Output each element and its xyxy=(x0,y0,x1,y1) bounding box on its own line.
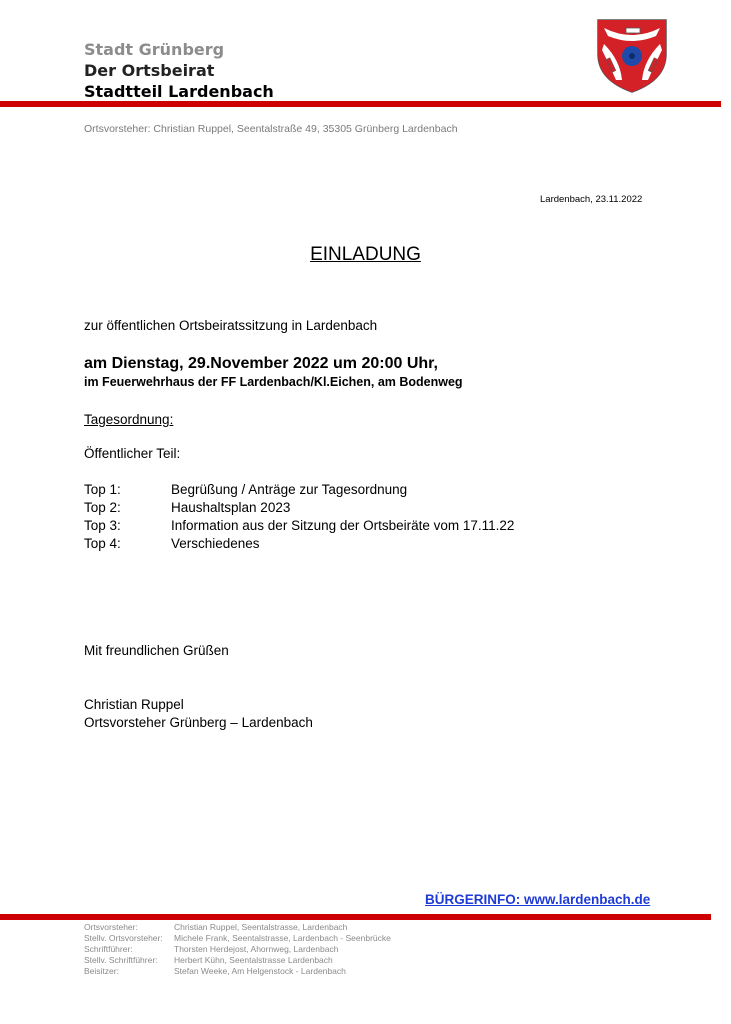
footer-row: Stellv. Ortsvorsteher: Michele Frank, Se… xyxy=(84,933,391,944)
agenda-text: Haushaltsplan 2023 xyxy=(171,499,290,517)
agenda-text: Information aus der Sitzung der Ortsbeir… xyxy=(171,517,514,535)
agenda-text: Verschiedenes xyxy=(171,535,260,553)
agenda-list: Top 1: Begrüßung / Anträge zur Tagesordn… xyxy=(84,481,514,553)
footer-role: Stellv. Ortsvorsteher: xyxy=(84,933,174,944)
agenda-number: Top 3: xyxy=(84,517,171,535)
meeting-date: am Dienstag, 29.November 2022 um 20:00 U… xyxy=(84,355,438,373)
signature-role: Ortsvorsteher Grünberg – Lardenbach xyxy=(84,715,313,730)
agenda-text: Begrüßung / Anträge zur Tagesordnung xyxy=(171,481,407,499)
meeting-location: im Feuerwehrhaus der FF Lardenbach/Kl.Ei… xyxy=(84,375,463,389)
footer-person: Christian Ruppel, Seentalstrasse, Larden… xyxy=(174,922,347,933)
agenda-number: Top 1: xyxy=(84,481,171,499)
public-part-label: Öffentlicher Teil: xyxy=(84,446,180,461)
closing-greeting: Mit freundlichen Grüßen xyxy=(84,643,229,658)
agenda-item: Top 4: Verschiedenes xyxy=(84,535,514,553)
sender-address: Ortsvorsteher: Christian Ruppel, Seental… xyxy=(84,123,458,135)
header-council: Der Ortsbeirat xyxy=(84,61,214,81)
footer-members: Ortsvorsteher: Christian Ruppel, Seental… xyxy=(84,922,391,977)
footer-person: Stefan Weeke, Am Helgenstock - Lardenbac… xyxy=(174,966,346,977)
agenda-item: Top 2: Haushaltsplan 2023 xyxy=(84,499,514,517)
coat-of-arms-icon xyxy=(594,14,670,94)
footer-role: Ortsvorsteher: xyxy=(84,922,174,933)
footer-person: Thorsten Herdejost, Ahornweg, Lardenbach xyxy=(174,944,338,955)
buergerinfo-link[interactable]: BÜRGERINFO: www.lardenbach.de xyxy=(425,892,650,907)
document-title: EINLADUNG xyxy=(0,244,731,266)
footer-person: Herbert Kühn, Seentalstrasse Lardenbach xyxy=(174,955,333,966)
intro-text: zur öffentlichen Ortsbeiratssitzung in L… xyxy=(84,318,377,333)
footer-person: Michele Frank, Seentalstrasse, Lardenbac… xyxy=(174,933,391,944)
agenda-item: Top 3: Information aus der Sitzung der O… xyxy=(84,517,514,535)
header-city: Stadt Grünberg xyxy=(84,40,224,60)
header-divider xyxy=(0,101,721,107)
footer-role: Stellv. Schriftführer: xyxy=(84,955,174,966)
footer-divider xyxy=(0,914,711,920)
agenda-number: Top 4: xyxy=(84,535,171,553)
letter-date: Lardenbach, 23.11.2022 xyxy=(540,194,642,205)
footer-row: Ortsvorsteher: Christian Ruppel, Seental… xyxy=(84,922,391,933)
agenda-item: Top 1: Begrüßung / Anträge zur Tagesordn… xyxy=(84,481,514,499)
footer-row: Schriftführer: Thorsten Herdejost, Ahorn… xyxy=(84,944,391,955)
agenda-number: Top 2: xyxy=(84,499,171,517)
footer-role: Schriftführer: xyxy=(84,944,174,955)
header-district: Stadtteil Lardenbach xyxy=(84,82,274,102)
footer-row: Beisitzer: Stefan Weeke, Am Helgenstock … xyxy=(84,966,391,977)
signature-name: Christian Ruppel xyxy=(84,697,184,712)
agenda-heading: Tagesordnung: xyxy=(84,412,173,427)
footer-role: Beisitzer: xyxy=(84,966,174,977)
footer-row: Stellv. Schriftführer: Herbert Kühn, See… xyxy=(84,955,391,966)
